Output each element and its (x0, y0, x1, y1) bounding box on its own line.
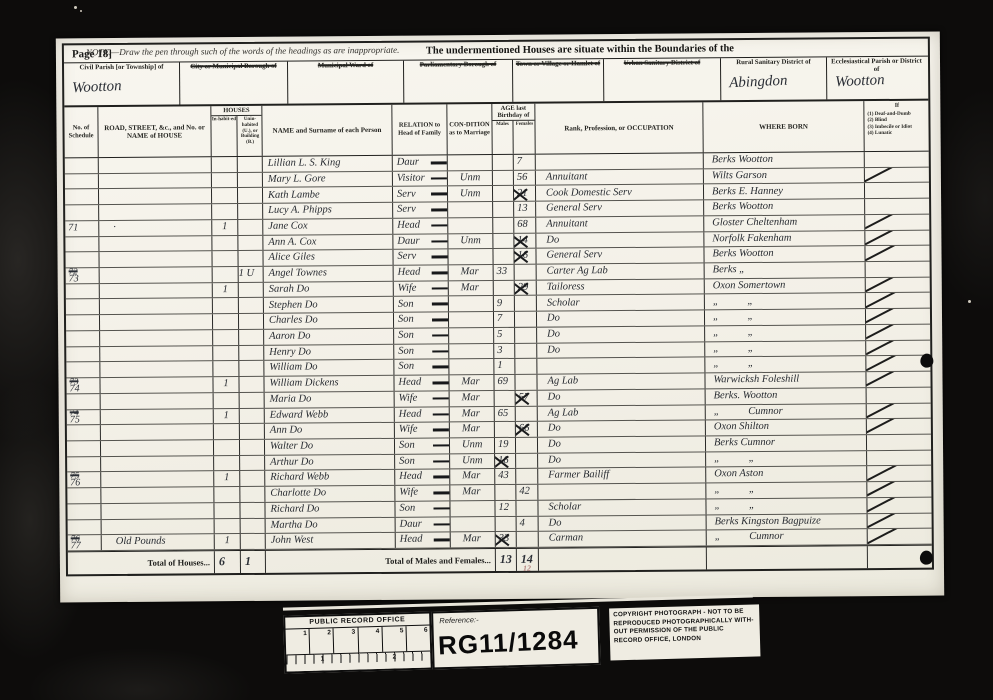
cell-relation: Son (394, 360, 449, 375)
district-label: Rural Sanitary District of (723, 58, 824, 67)
cell-where-born: „ „ (705, 325, 866, 341)
col-header-age: AGE last Birthday of Males Females (492, 104, 535, 154)
cell-inhabited (212, 173, 238, 188)
cell-where-born: Oxon Somertown (705, 278, 866, 294)
cell-name: Charlotte Do (265, 486, 395, 502)
cell-condition (449, 328, 494, 343)
cell-inhabited (212, 188, 238, 203)
condition-value: Unm (450, 440, 483, 451)
cell-road (99, 252, 212, 268)
cell-road (102, 519, 215, 535)
person-name: Martha Do (266, 520, 318, 531)
cell-where-born: Berks E. Hanney (704, 184, 865, 200)
ruler-cm-cell: 6 (406, 626, 430, 652)
condition-value: Mar (451, 535, 481, 546)
schedule-number: 74 (70, 385, 80, 393)
schedule-number: 73 (69, 275, 79, 283)
total-females-value: 14 12 (517, 549, 539, 571)
occupation-value: Scholar (538, 502, 581, 513)
cell-schedule: 7677 (68, 535, 102, 550)
cell-inhabited (213, 361, 239, 376)
enumerator-tally-stroke (867, 466, 903, 481)
cell-occupation: Tailoress (537, 279, 705, 295)
cell-schedule (65, 174, 99, 189)
cell-uninhabited (240, 393, 265, 408)
cell-inhabited (213, 267, 239, 282)
occupation-value: Ag Lab (538, 408, 579, 419)
cell-age-male (495, 422, 516, 437)
cell-occupation: Do (538, 421, 706, 437)
cell-disability (866, 340, 928, 355)
age-female-value: 4 (517, 518, 525, 529)
cell-where-born: „ „ (705, 294, 866, 310)
cell-age-male: 33 (496, 532, 517, 547)
cell-inhabited (214, 393, 240, 408)
enumerator-tally-stroke (866, 277, 902, 292)
cell-disability (866, 372, 928, 387)
cell-inhabited (214, 503, 240, 518)
enumerator-tally-stroke (866, 325, 902, 340)
cell-disability (865, 246, 927, 261)
condition-value: Unm (448, 236, 481, 247)
person-name: Lucy A. Phipps (263, 206, 332, 217)
cell-age-male: 16 (495, 454, 516, 469)
where-born-value: Berks Kingston Bagpuize (707, 516, 821, 527)
cell-condition: Mar (449, 265, 494, 280)
cell-name: Ann Do (265, 423, 395, 439)
relation-value: Wife (394, 284, 417, 295)
cell-road (101, 424, 214, 440)
schedule-number: 75 (70, 417, 80, 425)
age-female-value: 13 (514, 204, 528, 215)
cell-age-male: 65 (495, 406, 516, 421)
cell-condition: Mar (450, 391, 495, 406)
col-header-inhabited: In-habit-ed (211, 116, 237, 156)
cell-occupation: Farmer Bailiff (538, 468, 706, 484)
cell-uninhabited (240, 424, 265, 439)
col-header-disability: If(1) Deaf-and-Dumb(2) Blind(3) Imbecile… (864, 101, 926, 151)
cell-schedule (67, 425, 101, 440)
cell-inhabited (212, 204, 238, 219)
ruler-cm-cell: 5 (382, 626, 407, 652)
reference-box: Reference:- RG11/1284 (431, 607, 601, 670)
col-header-road: ROAD, STREET, &c., and No. or NAME of HO… (98, 106, 211, 157)
cell-disability (867, 450, 929, 465)
cell-age-female (515, 328, 537, 343)
enumerator-tally-stroke (867, 403, 903, 418)
cell-condition: Mar (450, 469, 495, 484)
occupation-value: Carter Ag Lab (537, 266, 608, 277)
person-name: Charlotte Do (265, 489, 326, 500)
occupation-value: Annuitant (536, 219, 588, 230)
ruler-inch-number: 1 (286, 655, 358, 664)
cell-road (100, 346, 213, 362)
where-born-value: Berks E. Hanney (704, 186, 783, 197)
age-male-value: 65 (495, 409, 509, 420)
cell-relation: Head (395, 407, 450, 422)
person-name: Ann Do (265, 426, 302, 437)
cell-name: Charles Do (264, 313, 394, 329)
person-name: Kath Lambe (263, 190, 320, 201)
person-name: William Dickens (264, 378, 338, 389)
cell-uninhabited (239, 330, 264, 345)
cell-age-female (515, 265, 537, 280)
cell-occupation: Do (538, 389, 706, 405)
cell-condition (449, 359, 494, 374)
cell-condition: Unm (448, 186, 493, 201)
enumerator-dash (433, 428, 450, 431)
cell-inhabited (213, 314, 239, 329)
cell-inhabited (215, 519, 241, 534)
cell-relation: Daur (396, 517, 451, 532)
occupation-value: Cook Domestic Serv (536, 188, 632, 199)
cell-occupation: Do (538, 452, 706, 468)
enumerator-dash (432, 366, 449, 369)
age-male-value: 19 (495, 440, 509, 451)
enumerator-dash (432, 287, 449, 290)
road-name: Old Pounds (102, 537, 166, 548)
cell-relation: Son (394, 313, 449, 328)
where-born-value: Warwicksh Foleshill (705, 375, 799, 386)
col-header-schedule: No. of Schedule (64, 107, 98, 157)
cell-occupation (538, 483, 706, 499)
enumerator-tally-stroke (866, 356, 902, 371)
cell-where-born: Warwicksh Foleshill (705, 372, 866, 388)
cell-age-female (515, 375, 537, 390)
cell-age-male: 12 (495, 501, 516, 516)
cell-relation: Head (395, 470, 450, 485)
cell-age-male (493, 202, 514, 217)
cell-road (101, 393, 214, 409)
cell-road (100, 283, 213, 299)
cell-uninhabited (240, 456, 265, 471)
where-born-value: Berks Wootton (704, 202, 773, 213)
where-born-value: Oxon Aston (706, 469, 763, 480)
cell-schedule (67, 504, 101, 519)
age-male-value: 43 (495, 471, 509, 482)
cell-road (101, 472, 214, 488)
cell-road (99, 236, 212, 252)
public-record-office-stamp: PUBLIC RECORD OFFICE 123456 12 Reference… (279, 594, 763, 691)
district-cell-5: Town or Village or Hamlet of (513, 59, 604, 102)
cell-occupation: Ag Lab (538, 405, 706, 421)
cell-occupation: Cook Domestic Serv (536, 185, 704, 201)
cell-condition (448, 218, 493, 233)
person-name: Ann A. Cox (263, 237, 316, 248)
age-female-value: 68 (514, 220, 528, 231)
cell-where-born: „ „ (706, 482, 867, 498)
form-title: The undermentioned Houses are situate wi… (112, 42, 928, 59)
cell-relation: Wife (395, 423, 450, 438)
pro-ruler-box: PUBLIC RECORD OFFICE 123456 12 (283, 611, 433, 673)
enumerator-dash (433, 460, 450, 463)
relation-value: Daur (396, 519, 422, 530)
district-header-row: Civil Parish [or Township] ofWoottonCity… (64, 57, 928, 108)
cell-where-born: Wilts Garson (704, 168, 865, 184)
column-header-row: No. of Schedule ROAD, STREET, &c., and N… (64, 101, 928, 159)
cell-schedule (65, 252, 99, 267)
where-born-value: Berks Wootton (704, 249, 773, 260)
cell-condition: Mar (450, 407, 495, 422)
age-male-value: 33 (496, 534, 510, 545)
cell-relation: Wife (394, 281, 449, 296)
condition-value: Unm (450, 456, 483, 467)
cell-age-male: 43 (495, 469, 516, 484)
census-page-paper: Page 18] The undermentioned Houses are s… (56, 32, 944, 603)
enumerator-tally-stroke (866, 372, 902, 387)
relation-value: Head (395, 472, 422, 483)
cell-road (101, 440, 214, 456)
cell-uninhabited (238, 188, 263, 203)
cell-disability (866, 293, 928, 308)
relation-value: Son (394, 331, 414, 342)
enumerator-tally-stroke (867, 419, 903, 434)
total-houses-label: Total of Houses... (68, 551, 215, 574)
person-name: Angel Townes (264, 268, 327, 279)
age-male-value: 69 (494, 377, 508, 388)
cell-condition: Unm (450, 438, 495, 453)
cell-schedule (67, 488, 101, 503)
cell-name: Mary L. Gore (263, 172, 393, 188)
cell-age-female: 57 (516, 390, 538, 405)
district-cell-2: City or Municipal Borough of (180, 62, 288, 105)
cell-condition: Mar (451, 532, 496, 547)
age-male-value: 1 (494, 361, 502, 372)
district-label: Parliamentary Borough of (406, 61, 510, 70)
cell-schedule: 7475 (67, 410, 101, 425)
occupation-value: General Serv (536, 203, 602, 214)
ruler-inch-scale: 12 (286, 652, 430, 672)
relation-value: Son (395, 504, 415, 515)
cell-occupation: Do (539, 515, 707, 531)
cell-disability (865, 152, 927, 167)
cell-road (99, 173, 212, 189)
cell-name: William Do (264, 360, 394, 376)
enumerator-tally-stroke (865, 167, 901, 182)
district-label: Urban Sanitary District of (606, 59, 718, 68)
cell-schedule: 7374 (66, 378, 100, 393)
cell-disability (867, 435, 929, 450)
enumerator-dash (434, 539, 451, 542)
cell-schedule (66, 331, 100, 346)
enumerator-dash (433, 381, 450, 384)
cell-relation: Head (396, 533, 451, 548)
occupation-value: Farmer Bailiff (538, 471, 609, 482)
cell-uninhabited (241, 518, 266, 533)
district-cell-6: Urban Sanitary District of (604, 58, 721, 101)
cell-name: Lucy A. Phipps (263, 203, 393, 219)
uninhabited-mark: 1 U (239, 269, 255, 280)
enumerator-tally-stroke (866, 340, 902, 355)
person-name: Maria Do (265, 394, 312, 405)
cell-name: Lillian L. S. King (263, 156, 393, 172)
scan-speck (80, 10, 82, 12)
enumerator-dash (431, 177, 448, 180)
age-female-value: 16 (514, 251, 528, 262)
cell-occupation: Annuitant (536, 169, 704, 185)
cell-relation: Daur (393, 155, 448, 170)
condition-value: Mar (449, 267, 479, 278)
cell-relation: Son (395, 438, 450, 453)
where-born-value: „ „ (705, 297, 753, 308)
cell-condition: Unm (448, 171, 493, 186)
cell-where-born: „ „ (706, 498, 867, 514)
col-header-males: Males (492, 121, 513, 154)
age-female-value: 66 (516, 424, 530, 435)
cell-age-male (493, 186, 514, 201)
cell-road (99, 157, 212, 173)
age-male-value: 5 (494, 330, 502, 341)
enumerator-dash (433, 444, 450, 447)
cell-schedule (65, 237, 99, 252)
cell-age-male: 7 (494, 312, 515, 327)
cell-age-female: 14 (514, 233, 536, 248)
occupation-value: Tailoress (537, 282, 585, 293)
condition-value: Mar (449, 283, 479, 294)
cell-schedule: 71 (65, 221, 99, 236)
enumerator-dash (433, 397, 450, 400)
cell-schedule (66, 284, 100, 299)
cell-schedule (66, 315, 100, 330)
district-label: Civil Parish [or Township] of (66, 64, 177, 73)
cell-where-born: „ Cumnor (706, 404, 867, 420)
inhabited-mark: 1 (224, 474, 229, 485)
inhabited-mark: 1 (223, 379, 228, 390)
enumerator-dash (431, 240, 448, 243)
relation-value: Son (394, 346, 414, 357)
cell-disability (866, 262, 928, 277)
inhabited-mark: 1 (224, 411, 229, 422)
totals-blank-born (707, 546, 868, 569)
schedule-numbers: 7475 (67, 410, 80, 425)
cell-occupation: Scholar (538, 499, 706, 515)
where-born-value: Wilts Garson (704, 171, 767, 182)
cell-inhabited (214, 456, 240, 471)
person-name: Alice Giles (263, 253, 314, 264)
schedule-numbers: 71 (65, 225, 78, 233)
inhabited-mark: 1 (223, 285, 228, 296)
person-name: Stephen Do (264, 300, 318, 311)
cell-road (100, 330, 213, 346)
cell-where-born: „ Cumnor (707, 529, 868, 545)
cell-relation: Daur (393, 234, 448, 249)
where-born-value: Oxon Somertown (705, 281, 786, 292)
district-cell-4: Parliamentary Borough of (404, 60, 513, 103)
cell-road (101, 487, 214, 503)
cell-inhabited: 1 (213, 283, 239, 298)
cell-age-female: 66 (516, 422, 538, 437)
where-born-value: „ „ (705, 359, 753, 370)
cell-where-born: Berks Kingston Bagpuize (707, 514, 868, 530)
person-name: Jane Cox (263, 221, 307, 232)
cell-occupation: Scholar (537, 295, 705, 311)
cell-condition (449, 297, 494, 312)
cell-name: Arthur Do (265, 454, 395, 470)
person-name: Aaron Do (264, 332, 310, 343)
cell-inhabited: 1 (214, 471, 240, 486)
district-cell-1: Civil Parish [or Township] ofWootton (64, 63, 180, 106)
cell-name: Richard Webb (265, 470, 395, 486)
relation-value: Visitor (393, 173, 425, 184)
cell-relation: Head (394, 375, 449, 390)
cell-relation: Son (394, 328, 449, 343)
col-header-condition: CON-DITION as to Marriage (447, 104, 492, 154)
cell-relation: Son (395, 501, 450, 516)
cell-where-born: Oxon Shilton (706, 419, 867, 435)
copyright-notice: COPYRIGHT PHOTOGRAPH - NOT TO BEREPRODUC… (609, 604, 760, 660)
cell-relation: Wife (395, 391, 450, 406)
cell-disability (865, 183, 927, 198)
age-female-value: 7 (514, 157, 522, 168)
schedule-numbers: 7677 (68, 535, 81, 550)
relation-value: Daur (393, 158, 419, 169)
cell-inhabited (214, 440, 240, 455)
cell-condition (449, 312, 494, 327)
cell-uninhabited (238, 251, 263, 266)
enumerator-tally-stroke (868, 513, 904, 528)
person-name: John West (266, 536, 314, 547)
cell-schedule (65, 190, 99, 205)
relation-value: Son (394, 362, 414, 373)
scan-speck (968, 300, 971, 303)
where-born-value: „ „ (705, 312, 753, 323)
cell-inhabited (214, 487, 240, 502)
cell-road (101, 456, 214, 472)
enumerator-dash (431, 208, 448, 211)
where-born-value: „ Cumnor (707, 532, 784, 543)
occupation-value: Ag Lab (537, 377, 578, 388)
where-born-value: Berks „ (705, 265, 745, 276)
cell-occupation: Ag Lab (537, 373, 705, 389)
cell-age-female (516, 438, 538, 453)
cell-name: Edward Webb (265, 407, 395, 423)
occupation-value: Carman (539, 534, 584, 545)
total-males-females-label: Total of Males and Females... (266, 549, 496, 573)
enumerator-dash (432, 334, 449, 337)
schedule-number: 71 (68, 225, 78, 233)
cell-road: · (99, 220, 212, 236)
district-label: Town or Village or Hamlet of (515, 60, 601, 68)
cell-age-female: 4 (517, 516, 539, 531)
cell-age-male (493, 171, 514, 186)
cell-age-female: 29 (515, 280, 537, 295)
person-name: Lillian L. S. King (263, 158, 341, 169)
person-name: Arthur Do (265, 457, 314, 468)
age-male-value: 12 (495, 503, 509, 514)
cell-age-female (515, 312, 537, 327)
cell-uninhabited (238, 157, 263, 172)
enumerator-dash (434, 523, 451, 526)
relation-value: Wife (395, 394, 418, 405)
cell-name: Ann A. Cox (263, 234, 393, 250)
enumerator-dash (433, 507, 450, 510)
relation-value: Serv (393, 189, 416, 200)
occupation-value: Do (539, 518, 562, 529)
cell-occupation: Do (538, 436, 706, 452)
cell-schedule (66, 362, 100, 377)
cell-uninhabited (240, 471, 265, 486)
total-inhabited-value: 6 (215, 551, 241, 573)
enumerator-tally-stroke (865, 215, 901, 230)
cell-age-male (496, 516, 517, 531)
cell-relation: Visitor (393, 171, 448, 186)
cell-where-born: „ „ (705, 309, 866, 325)
cell-relation: Serv (393, 250, 448, 265)
cell-condition: Mar (449, 375, 494, 390)
condition-value: Mar (450, 424, 480, 435)
cell-disability (865, 167, 927, 182)
cell-uninhabited (240, 503, 265, 518)
